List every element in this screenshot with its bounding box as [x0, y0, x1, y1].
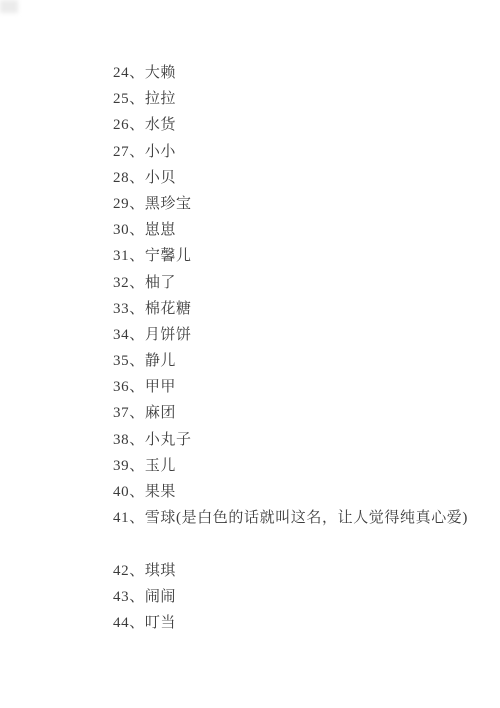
list-item: 28、小贝 [113, 165, 480, 191]
list-item: 41、雪球(是白色的话就叫这名，让人觉得纯真心爱) [113, 505, 480, 531]
item-number: 26 [113, 117, 129, 133]
item-number: 28 [113, 170, 129, 186]
item-number: 33 [113, 301, 129, 317]
list-item: 32、柚了 [113, 270, 480, 296]
item-separator: 、 [129, 405, 145, 421]
item-number: 30 [113, 222, 129, 238]
item-number: 31 [113, 248, 129, 264]
list-item: 27、小小 [113, 139, 480, 165]
item-separator: 、 [129, 248, 145, 264]
item-name: 小贝 [145, 170, 176, 186]
item-separator: 、 [129, 275, 145, 291]
item-separator: 、 [129, 222, 145, 238]
list-item: 26、水货 [113, 112, 480, 138]
item-name: 大赖 [145, 65, 176, 81]
item-number: 42 [113, 563, 129, 579]
item-separator: 、 [129, 65, 145, 81]
item-separator: 、 [129, 563, 145, 579]
item-name: 拉拉 [145, 91, 176, 107]
list-item: 40、果果 [113, 479, 480, 505]
item-number: 37 [113, 405, 129, 421]
list-item: 36、甲甲 [113, 374, 480, 400]
item-number: 32 [113, 275, 129, 291]
item-separator: 、 [129, 379, 145, 395]
item-separator: 、 [129, 170, 145, 186]
list-item: 24、大赖 [113, 60, 480, 86]
item-separator: 、 [129, 196, 145, 212]
item-name: 琪琪 [145, 563, 176, 579]
item-number: 36 [113, 379, 129, 395]
item-name: 水货 [145, 117, 176, 133]
item-number: 25 [113, 91, 129, 107]
page-corner-shadow [0, 0, 18, 13]
item-number: 34 [113, 327, 129, 343]
list-item: 43、闹闹 [113, 584, 480, 610]
item-separator: 、 [129, 301, 145, 317]
item-name: 麻团 [145, 405, 176, 421]
list-item: 38、小丸子 [113, 427, 480, 453]
list-item: 37、麻团 [113, 400, 480, 426]
item-separator: 、 [129, 327, 145, 343]
item-name: 静儿 [145, 353, 176, 369]
name-list: 24、大赖25、拉拉26、水货27、小小28、小贝29、黑珍宝30、崽崽31、宁… [113, 60, 480, 636]
item-number: 29 [113, 196, 129, 212]
item-number: 35 [113, 353, 129, 369]
list-item: 30、崽崽 [113, 217, 480, 243]
item-number: 40 [113, 484, 129, 500]
item-number: 43 [113, 589, 129, 605]
item-separator: 、 [129, 615, 145, 631]
list-item: 33、棉花糖 [113, 296, 480, 322]
item-number: 41 [113, 510, 129, 526]
list-item: 44、叮当 [113, 610, 480, 636]
item-separator: 、 [129, 432, 145, 448]
item-name: 柚了 [145, 275, 176, 291]
list-item: 35、静儿 [113, 348, 480, 374]
blank-line [113, 531, 480, 557]
item-separator: 、 [129, 510, 145, 526]
item-name: 闹闹 [145, 589, 176, 605]
item-separator: 、 [129, 144, 145, 160]
item-name: 棉花糖 [145, 301, 192, 317]
item-separator: 、 [129, 353, 145, 369]
item-separator: 、 [129, 589, 145, 605]
item-name: 月饼饼 [145, 327, 192, 343]
item-separator: 、 [129, 484, 145, 500]
item-number: 39 [113, 458, 129, 474]
item-name: 雪球(是白色的话就叫这名，让人觉得纯真心爱) [145, 510, 468, 526]
item-name: 黑珍宝 [145, 196, 192, 212]
item-name: 果果 [145, 484, 176, 500]
item-separator: 、 [129, 117, 145, 133]
list-item: 31、宁馨儿 [113, 243, 480, 269]
item-name: 甲甲 [145, 379, 176, 395]
list-item: 25、拉拉 [113, 86, 480, 112]
item-name: 玉儿 [145, 458, 176, 474]
document-page: 24、大赖25、拉拉26、水货27、小小28、小贝29、黑珍宝30、崽崽31、宁… [0, 0, 500, 708]
item-name: 崽崽 [145, 222, 176, 238]
item-separator: 、 [129, 458, 145, 474]
list-item: 29、黑珍宝 [113, 191, 480, 217]
list-item: 34、月饼饼 [113, 322, 480, 348]
item-number: 38 [113, 432, 129, 448]
item-separator: 、 [129, 91, 145, 107]
item-number: 27 [113, 144, 129, 160]
list-item: 39、玉儿 [113, 453, 480, 479]
item-number: 44 [113, 615, 129, 631]
item-number: 24 [113, 65, 129, 81]
item-name: 小丸子 [145, 432, 192, 448]
item-name: 宁馨儿 [145, 248, 192, 264]
item-name: 叮当 [145, 615, 176, 631]
item-name: 小小 [145, 144, 176, 160]
list-item: 42、琪琪 [113, 558, 480, 584]
